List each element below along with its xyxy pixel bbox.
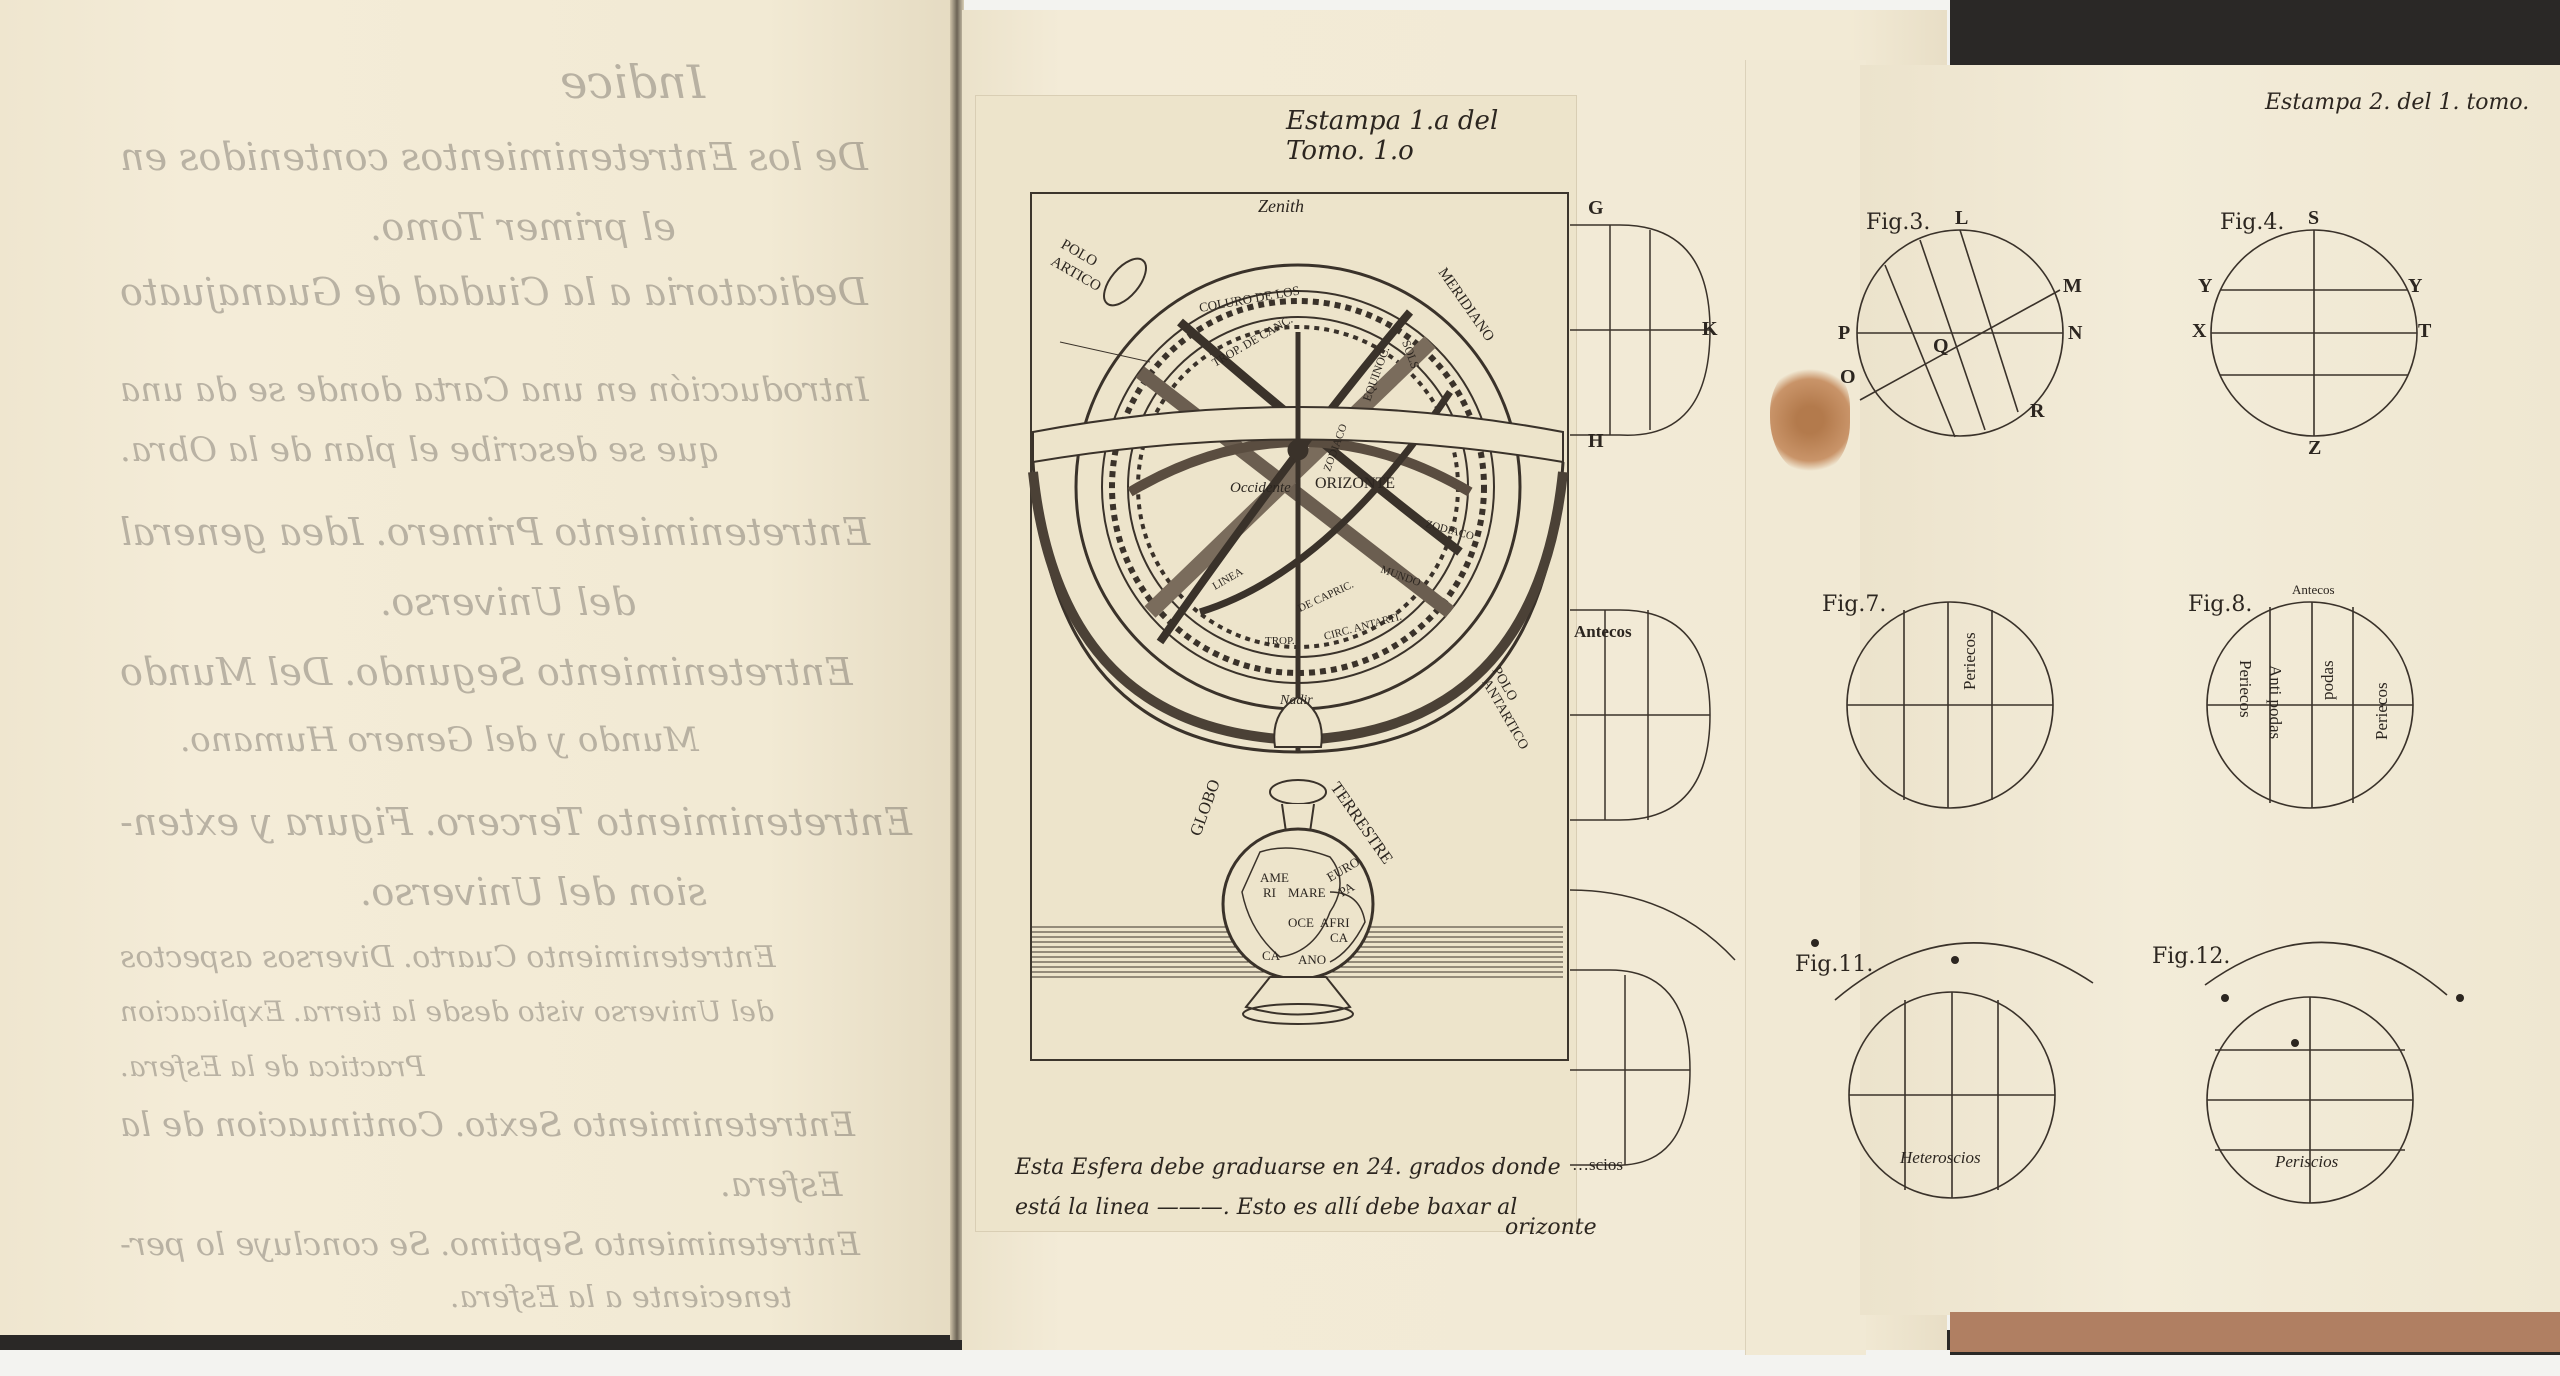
fig8-periecos-right: Periecos xyxy=(2372,682,2392,740)
foxing-stain xyxy=(1770,365,1850,475)
svg-text:MERIDIANO: MERIDIANO xyxy=(1435,265,1497,345)
index-line: Entretenimiento Septimo. Se concluye lo … xyxy=(120,1225,860,1263)
fig8-periecos-left: Periecos xyxy=(2235,660,2255,718)
fig3-letter-m: M xyxy=(2063,275,2082,298)
fig4-letter-z: Z xyxy=(2308,437,2321,460)
svg-text:TROP. DE CANC.: TROP. DE CANC. xyxy=(1210,312,1296,369)
fold-letter-h: H xyxy=(1588,430,1604,453)
fig3-letter-n: N xyxy=(2068,322,2082,345)
index-line: teneciente a la Esfera. xyxy=(450,1280,792,1315)
fold-letter-g: G xyxy=(1588,197,1604,220)
fig3-letter-l: L xyxy=(1955,207,1968,230)
fig4-letter-x: X xyxy=(2192,320,2206,343)
left-page: Indice De los Entretenimientos contenido… xyxy=(0,0,955,1335)
fig11-label: Fig.11. xyxy=(1795,952,1873,977)
index-heading: Indice xyxy=(560,55,705,109)
fig3-label: Fig.3. xyxy=(1866,210,1930,235)
index-line: del Universo. xyxy=(380,580,636,624)
index-line: Entretenimiento Segundo. Del Mundo xyxy=(120,650,853,694)
svg-text:AME: AME xyxy=(1260,870,1289,885)
svg-text:DE CAPRIC.: DE CAPRIC. xyxy=(1296,578,1356,614)
svg-text:CIRC. ANTARTI.: CIRC. ANTARTI. xyxy=(1323,611,1404,643)
index-line: Entretenimiento Cuarto. Diversos aspecto… xyxy=(120,940,776,975)
index-line: Esfera. xyxy=(720,1165,842,1205)
fold-panel xyxy=(1745,60,1866,1355)
svg-text:MARE: MARE xyxy=(1288,885,1326,900)
fig11-caption: Heteroscios xyxy=(1900,1148,1981,1168)
fig12-label: Fig.12. xyxy=(2152,944,2230,969)
fig8-antipodas: Anti podas xyxy=(2265,665,2285,739)
svg-text:ANO: ANO xyxy=(1298,952,1326,967)
fig3-letter-o: O xyxy=(1840,366,1856,389)
fig3-letter-r: R xyxy=(2030,400,2044,423)
fig4-label: Fig.4. xyxy=(2220,210,2284,235)
index-line: De los Entretenimientos contenidos en xyxy=(120,135,868,179)
zenith-label: Zenith xyxy=(1258,196,1304,216)
fig4-letter-y-right: Y xyxy=(2408,275,2422,298)
fig8-label: Fig.8. xyxy=(2188,592,2252,617)
fig4-letter-s: S xyxy=(2308,207,2319,230)
index-line: Entretenimiento Tercero. Figura y exten- xyxy=(120,800,912,844)
armillary-sphere-engraving: Zenith POLO ARTICO MERIDIANO COLURO DE L… xyxy=(1030,192,1565,1057)
plate-1-header: Estampa 1.a del Tomo. 1.o xyxy=(1286,106,1576,166)
svg-text:GLOBO: GLOBO xyxy=(1186,777,1224,839)
index-line: sion del Universo. xyxy=(360,870,707,914)
svg-text:TROP.: TROP. xyxy=(1265,635,1295,647)
nadir-label: Nadir xyxy=(1279,693,1313,708)
fig3-letter-q: Q xyxy=(1933,335,1949,358)
fig12-caption: Periscios xyxy=(2275,1152,2338,1172)
fig7-label: Fig.7. xyxy=(1822,592,1886,617)
fold-letter-k: K xyxy=(1702,318,1718,341)
index-line: Practica de la Esfera. xyxy=(120,1050,425,1083)
fig4-letter-t: T xyxy=(2418,320,2431,343)
caption-line-1: Esta Esfera debe graduarse en 24. grados… xyxy=(1015,1148,1561,1188)
fig8-antecos-top: Antecos xyxy=(2292,582,2335,598)
orizonte-label: ORIZONTE xyxy=(1315,475,1395,492)
fold-label-antecos: Antecos xyxy=(1574,622,1632,642)
fig4-letter-y-left: Y xyxy=(2198,275,2212,298)
plate-2-diagrams xyxy=(1860,65,2560,1315)
index-line: Entretenimiento Sexto. Continuacion de l… xyxy=(120,1105,855,1145)
svg-text:RI: RI xyxy=(1263,885,1276,900)
fold-label-scios: …scios xyxy=(1572,1155,1623,1175)
index-line: Entretenimiento Primero. Idea general xyxy=(120,510,870,554)
svg-text:AFRI: AFRI xyxy=(1320,915,1350,930)
fig8-podas: podas xyxy=(2318,660,2338,700)
index-line: del Universo visto desde la tierra. Expl… xyxy=(120,995,774,1028)
caption-line-2: está la linea ———. Esto es allí debe bax… xyxy=(1015,1188,1517,1228)
svg-text:OCE: OCE xyxy=(1288,915,1314,930)
caption-line-3: orizonte xyxy=(1505,1208,1597,1248)
cover-board xyxy=(1950,1312,2560,1352)
fig3-letter-p: P xyxy=(1838,322,1850,345)
index-line: el primer Tomo. xyxy=(370,205,676,249)
occidente-label: Occidente xyxy=(1230,480,1291,496)
index-line: Introducción en una Carta donde se da un… xyxy=(120,370,869,410)
svg-text:CA: CA xyxy=(1262,948,1281,963)
index-line: Mundo y del Genero Humano. xyxy=(180,720,699,760)
index-line: que se describe el plan de la Obra. xyxy=(120,430,720,470)
fig7-periecos: Periecos xyxy=(1960,632,1980,690)
index-line: Dedicatoria a la Ciudad de Guanajuato xyxy=(120,270,868,314)
svg-text:CA: CA xyxy=(1330,930,1349,945)
